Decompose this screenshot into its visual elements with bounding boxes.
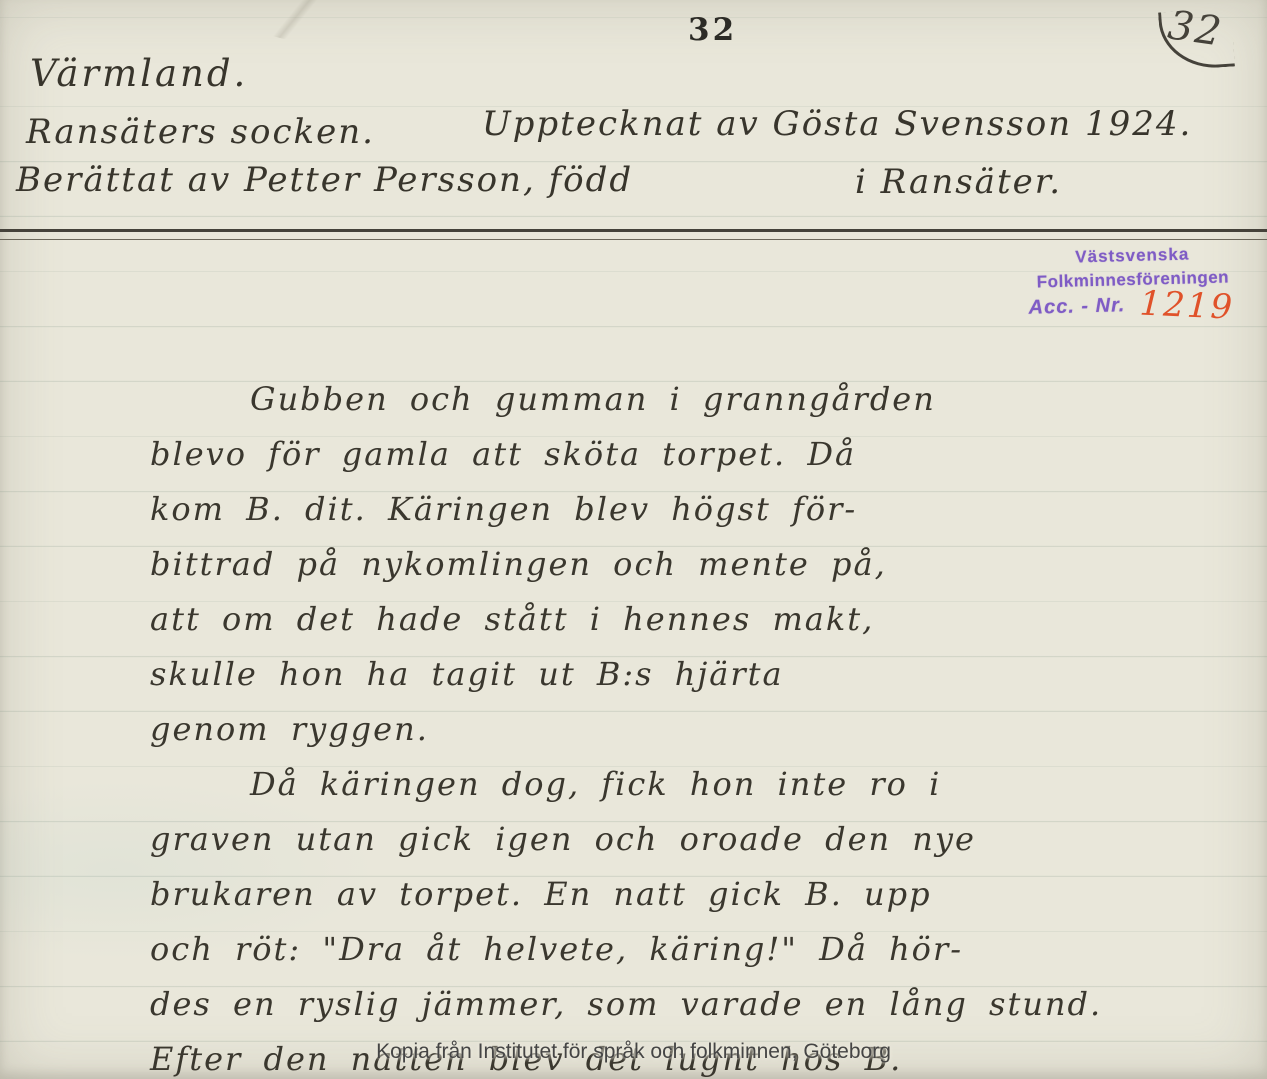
footer-caption: Kopia från Institutet för språk och folk… [0,1040,1267,1064]
manuscript-page: 32 32 Värmland. Ransäters socken. Upptec… [0,0,1267,1079]
header-narrator: Berättat av Petter Persson, född [16,160,633,200]
stamp-org-line1: Västsvenska [1027,243,1237,268]
manuscript-line: brukaren av torpet. En natt gick B. upp [150,867,1190,922]
manuscript-line: att om det hade stått i hennes makt, [150,592,1190,647]
header-parish: Ransäters socken. [26,112,375,152]
manuscript-line: des en ryslig jämmer, som varade en lång… [150,977,1190,1032]
stamp-acc-label: Acc. - Nr. [1028,294,1125,320]
manuscript-line: kom B. dit. Käringen blev högst för- [150,482,1190,537]
printed-page-number: 32 [688,12,737,48]
manuscript-line: skulle hon ha tagit ut B:s hjärta [150,647,1190,702]
manuscript-line: blevo för gamla att sköta torpet. Då [150,427,1190,482]
manuscript-line: graven utan gick igen och oroade den nye [150,812,1190,867]
manuscript-line: Gubben och gumman i granngården [150,372,1190,427]
archive-stamp: Västsvenska Folkminnesföreningen Acc. - … [1027,243,1239,322]
manuscript-line: Då käringen dog, fick hon inte ro i [150,757,1190,812]
stamp-acc-number: 1219 [1139,291,1235,321]
paper-crease [225,0,375,58]
manuscript-line: genom ryggen. [150,702,1190,757]
header-narrator-place: i Ransäter. [855,162,1062,202]
manuscript-line: bittrad på nykomlingen och mente på, [150,537,1190,592]
manuscript-body: Gubben och gumman i granngårdenblevo för… [150,372,1190,1079]
header-recorded-by: Upptecknat av Gösta Svensson 1924. [482,104,1192,144]
header-region: Värmland. [30,52,248,95]
handwritten-page-number: 32 [1165,2,1226,55]
header-divider-rule [0,229,1267,240]
manuscript-line: och röt: "Dra åt helvete, käring!" Då hö… [150,922,1190,977]
